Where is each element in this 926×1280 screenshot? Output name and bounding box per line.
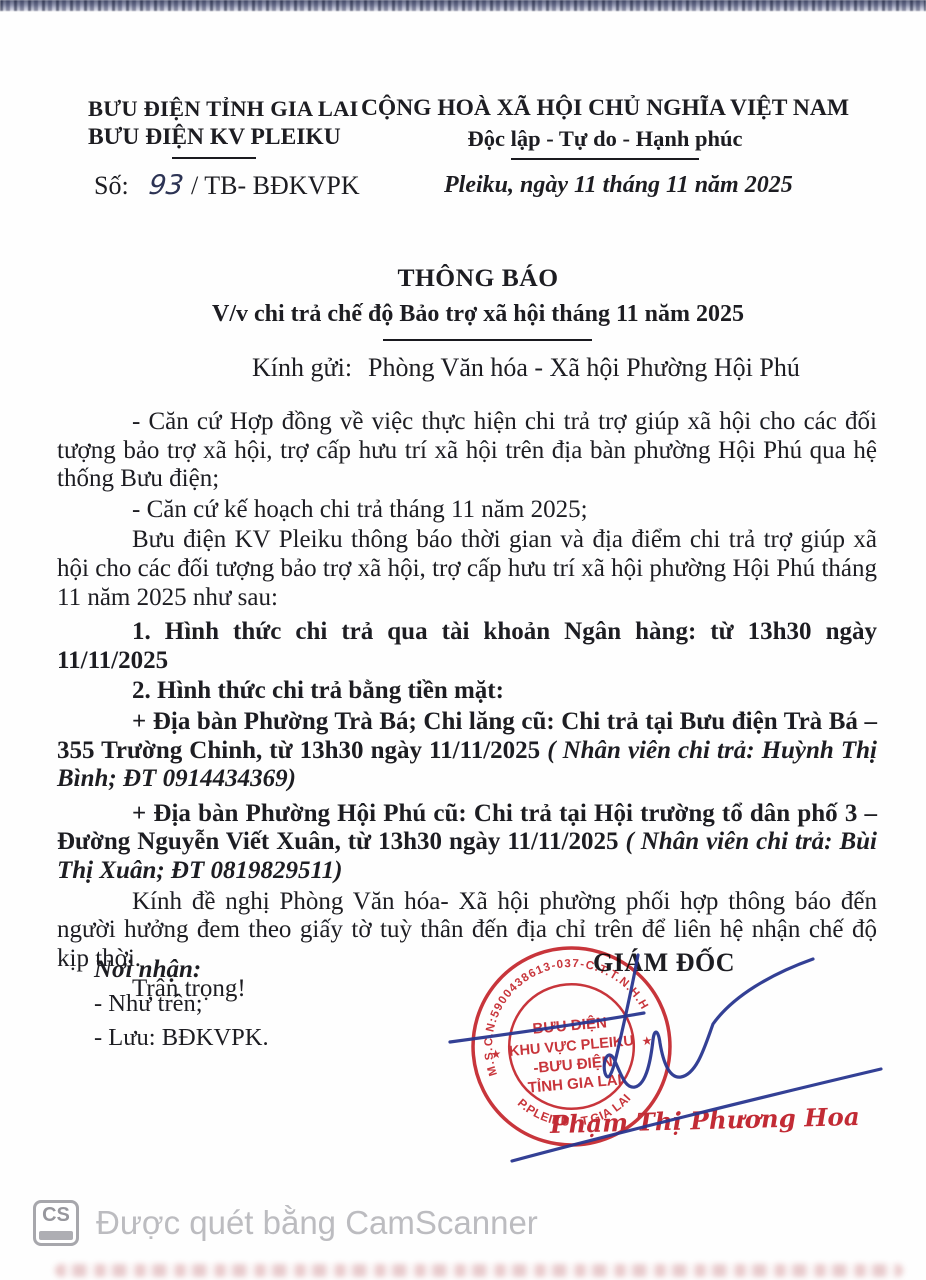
body-paragraph: - Căn cứ Hợp đồng về việc thực hiện chi … <box>57 408 877 494</box>
recipient-value: Phòng Văn hóa - Xã hội Phường Hội Phú <box>368 353 800 382</box>
national-header-block: CỘNG HOÀ XÃ HỘI CHỦ NGHĨA VIỆT NAM Độc l… <box>350 95 860 160</box>
org-name: BƯU ĐIỆN KV PLEIKU <box>88 124 340 151</box>
national-motto: Độc lập - Tự do - Hạnh phúc <box>350 126 860 152</box>
document-number-line: Số:93/ TB- BĐKVPK <box>94 170 360 201</box>
blurred-watermark-strip <box>55 1264 903 1277</box>
body-paragraph: + Địa bàn Phường Trà Bá; Chi lăng cũ: Ch… <box>57 708 877 794</box>
body-text-run: 2. Hình thức chi trả bằng tiền mặt: <box>132 677 504 704</box>
signature-stroke <box>450 1013 644 1042</box>
camscanner-icon-tab <box>39 1231 73 1240</box>
body-paragraph: Bưu điện KV Pleiku thông báo thời gian v… <box>57 526 877 612</box>
org-parent-name: BƯU ĐIỆN TỈNH GIA LAI <box>88 96 340 122</box>
body-paragraph: 1. Hình thức chi trả qua tài khoản Ngân … <box>57 618 877 675</box>
scanned-document-page: BƯU ĐIỆN TỈNH GIA LAI BƯU ĐIỆN KV PLEIKU… <box>0 0 926 1280</box>
recipient-line: Kính gửi:Phòng Văn hóa - Xã hội Phường H… <box>252 353 800 383</box>
recipients-heading: Nơi nhận: <box>94 956 269 984</box>
body-text-run: - Căn cứ kế hoạch chi trả tháng 11 năm 2… <box>132 496 588 523</box>
doc-number-handwritten: 93 <box>147 170 185 201</box>
signature-stroke <box>604 955 813 1087</box>
recipients-block: Nơi nhận: - Như trên; - Lưu: BĐKVPK. <box>94 956 269 1052</box>
recipient-label: Kính gửi: <box>252 353 352 382</box>
body-text-run: - Căn cứ Hợp đồng về việc thực hiện chi … <box>57 408 877 492</box>
place-date-line: Pleiku, ngày 11 tháng 11 năm 2025 <box>444 172 793 199</box>
document-subject: V/v chi trả chế độ Bảo trợ xã hội tháng … <box>15 301 926 328</box>
org-underline <box>172 157 256 159</box>
signature-stroke <box>512 1069 881 1161</box>
body-paragraph: 2. Hình thức chi trả bằng tiền mặt: <box>57 677 877 706</box>
camscanner-icon: CS <box>33 1200 79 1246</box>
recipients-line: - Lưu: BĐKVPK. <box>94 1024 269 1052</box>
motto-underline <box>511 158 699 160</box>
camscanner-icon-letters: CS <box>36 1204 76 1227</box>
recipients-line: - Như trên; <box>94 990 269 1018</box>
body-text-run: 1. Hình thức chi trả qua tài khoản Ngân … <box>57 618 877 674</box>
body-paragraph: - Căn cứ kế hoạch chi trả tháng 11 năm 2… <box>57 496 877 525</box>
signature <box>440 936 896 1202</box>
national-title: CỘNG HOÀ XÃ HỘI CHỦ NGHĨA VIỆT NAM <box>350 95 860 122</box>
document-body: - Căn cứ Hợp đồng về việc thực hiện chi … <box>57 408 877 1006</box>
doc-number-suffix: / TB- BĐKVPK <box>191 171 360 200</box>
camscanner-text: Được quét bằng CamScanner <box>96 1204 538 1242</box>
title-underline <box>383 339 592 341</box>
doc-number-label: Số: <box>94 171 129 200</box>
camscanner-bar: CS Được quét bằng CamScanner <box>33 1200 538 1246</box>
scan-edge-artifact <box>0 0 926 11</box>
issuing-org-block: BƯU ĐIỆN TỈNH GIA LAI BƯU ĐIỆN KV PLEIKU <box>88 96 340 159</box>
document-title: THÔNG BÁO <box>15 263 926 293</box>
body-paragraph: + Địa bàn Phường Hội Phú cũ: Chi trả tại… <box>57 800 877 886</box>
document-title-block: THÔNG BÁO V/v chi trả chế độ Bảo trợ xã … <box>15 263 926 341</box>
body-text-run: Bưu điện KV Pleiku thông báo thời gian v… <box>57 526 877 610</box>
